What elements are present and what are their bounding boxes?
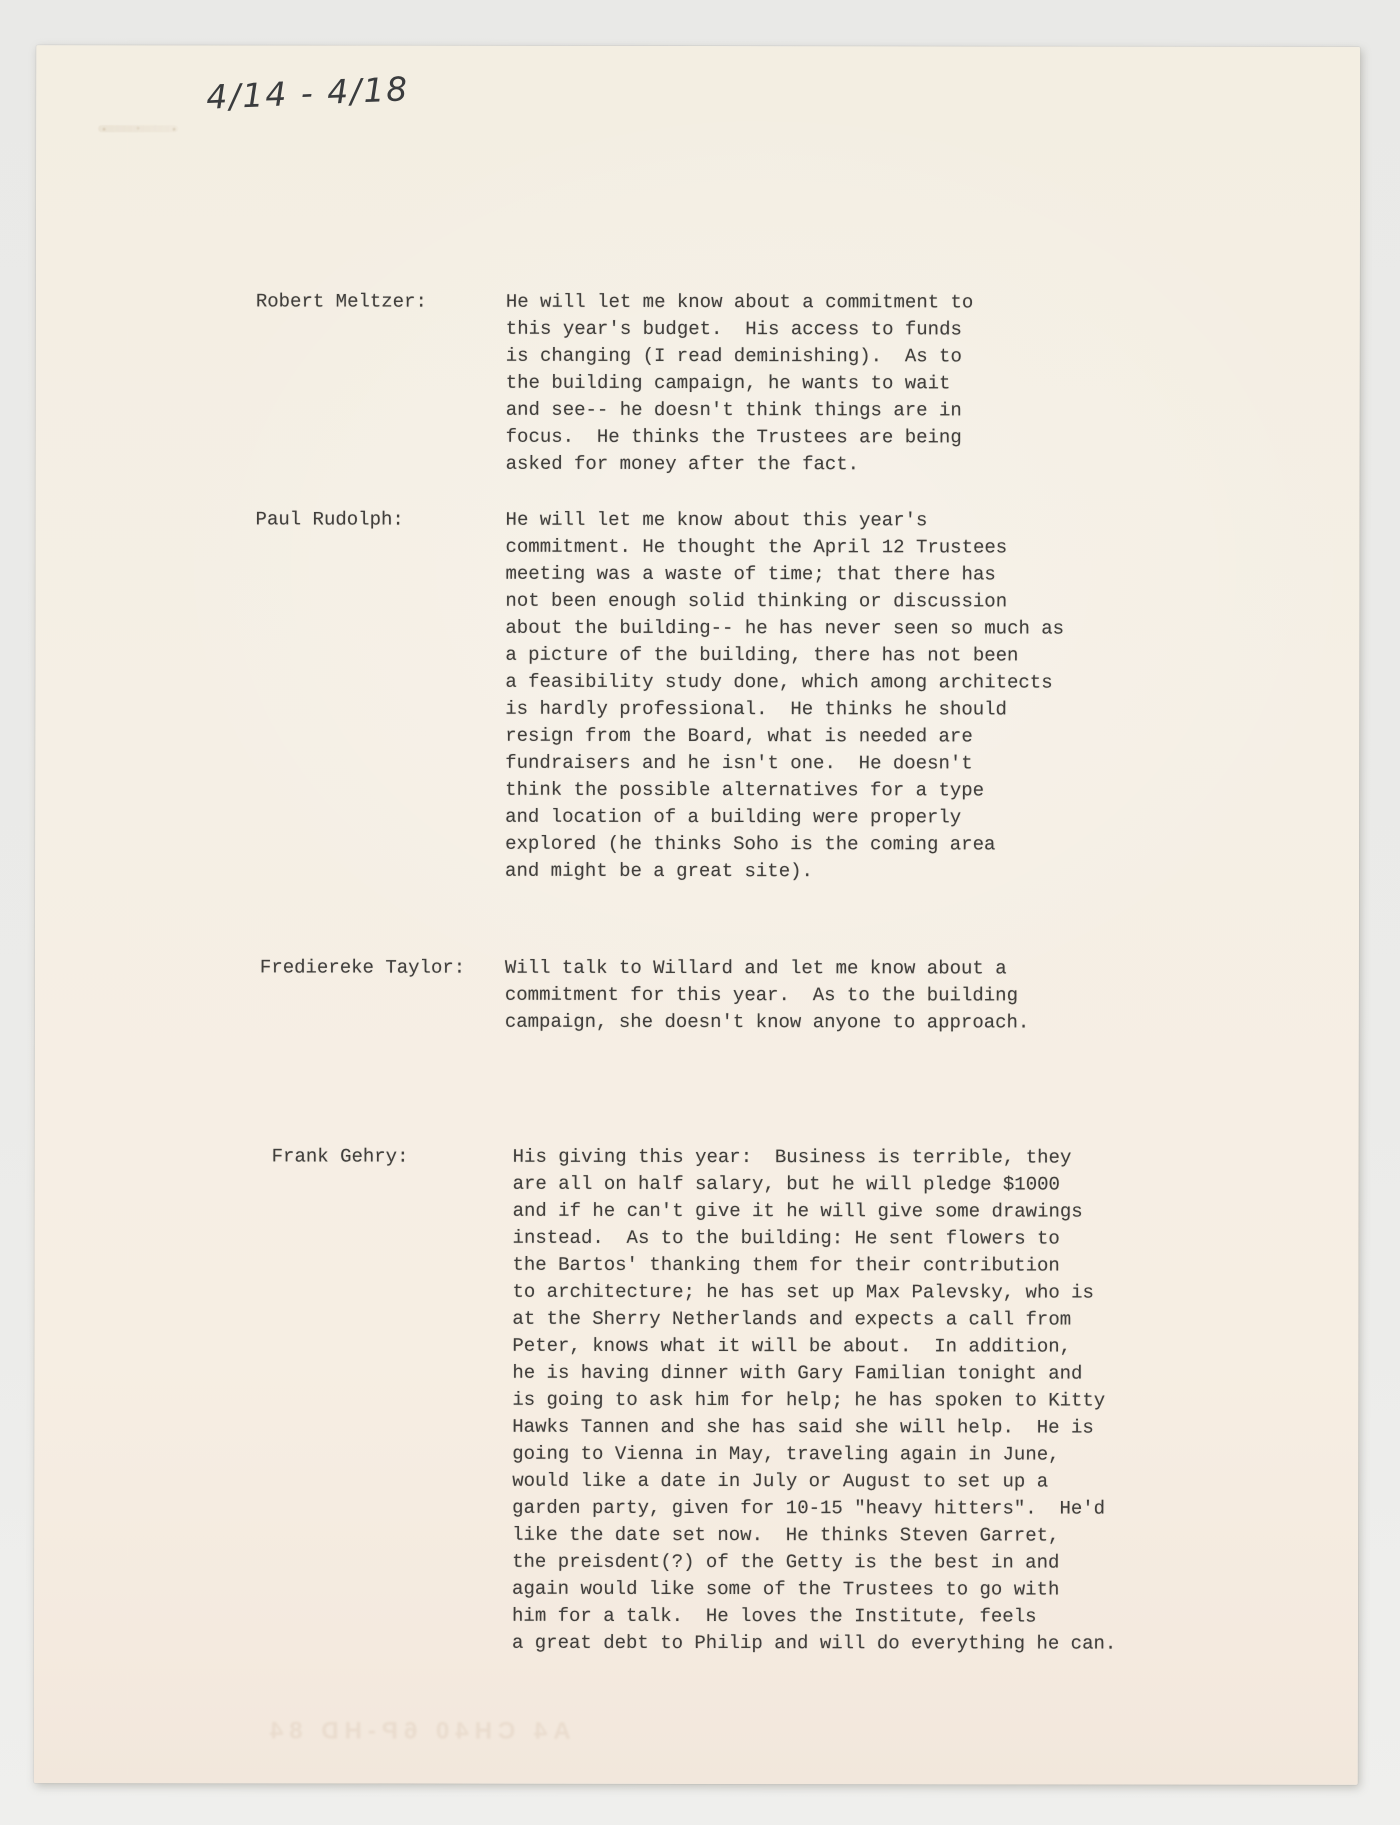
entry-label-frediereke-taylor: Frediereke Taylor: bbox=[260, 954, 465, 981]
entry-label-robert-meltzer: Robert Meltzer: bbox=[256, 288, 427, 315]
smudge-mark bbox=[98, 125, 178, 132]
scanner-background: 4/14 - 4/18 Robert Meltzer: He will let … bbox=[0, 0, 1400, 1825]
entry-text-paul-rudolph: He will let me know about this year's co… bbox=[505, 507, 1064, 886]
entry-label-paul-rudolph: Paul Rudolph: bbox=[256, 506, 404, 533]
entry-text-robert-meltzer: He will let me know about a commitment t… bbox=[506, 289, 974, 479]
handwritten-date: 4/14 - 4/18 bbox=[205, 69, 410, 117]
entry-text-frediereke-taylor: Will talk to Willard and let me know abo… bbox=[505, 955, 1030, 1037]
entry-label-frank-gehry: Frank Gehry: bbox=[272, 1143, 409, 1170]
entry-text-frank-gehry: His giving this year: Business is terrib… bbox=[512, 1144, 1117, 1658]
bleedthrough-mark: A4 CH40 6P-HD 84 bbox=[264, 1717, 571, 1745]
document-page: 4/14 - 4/18 Robert Meltzer: He will let … bbox=[34, 45, 1360, 1785]
